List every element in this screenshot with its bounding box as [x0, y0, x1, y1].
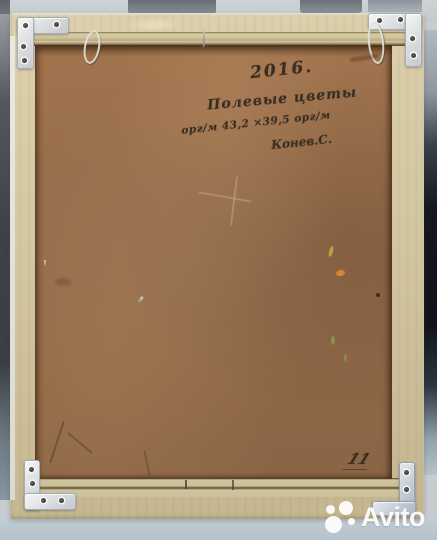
- nail: [44, 260, 46, 266]
- paint-speck-green: [344, 354, 347, 362]
- screw-icon: [22, 58, 27, 63]
- bracket-bottom-left-arm: [24, 493, 76, 510]
- avito-logo-icon: [325, 501, 356, 533]
- window-shadow-shape: [128, 0, 216, 14]
- smudge: [55, 278, 71, 286]
- logo-dot: [348, 518, 355, 525]
- dark-spot: [376, 293, 380, 297]
- logo-dot: [339, 501, 353, 515]
- screw-icon: [59, 498, 64, 503]
- screw-icon: [41, 498, 46, 503]
- screw-icon: [410, 36, 415, 41]
- screw-icon: [411, 53, 416, 58]
- stretcher-slat-bottom: [30, 478, 408, 497]
- frame-highlight: [10, 36, 15, 500]
- screw-icon: [404, 487, 409, 492]
- paint-speck-green: [331, 336, 335, 345]
- avito-wordmark: Avito: [361, 502, 425, 533]
- logo-dot: [326, 505, 335, 514]
- screw-icon: [23, 23, 28, 28]
- logo-dot: [325, 516, 342, 533]
- screw-icon: [398, 17, 403, 22]
- pencil-tick: [185, 480, 187, 489]
- photo-back-of-painting: 2016. Полевые цветы орг/м 43,2 ×39,5 орг…: [0, 0, 437, 540]
- pencil-tick: [232, 480, 234, 490]
- screw-icon: [377, 18, 382, 23]
- screw-icon: [404, 470, 409, 475]
- screw-icon: [21, 44, 26, 49]
- screw-icon: [54, 22, 59, 27]
- window-shadow-shape: [368, 0, 422, 12]
- window-shadow-shape: [300, 0, 362, 13]
- avito-watermark: Avito: [325, 497, 437, 537]
- screw-icon: [29, 467, 34, 472]
- window-edge-right: [423, 30, 437, 475]
- wood-grain-knot: [128, 18, 180, 32]
- screw-icon: [30, 481, 35, 486]
